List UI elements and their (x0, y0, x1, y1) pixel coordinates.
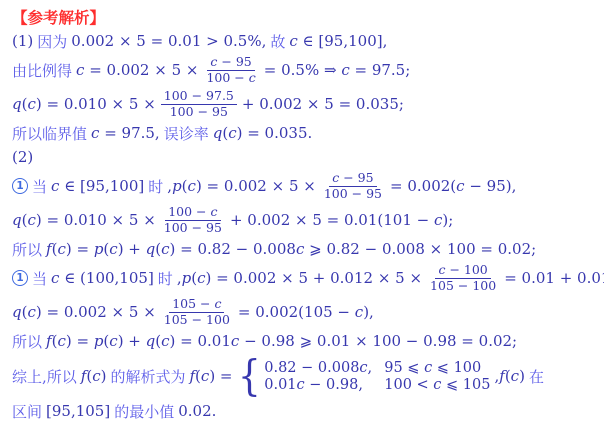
fraction-denominator: 100 − 95 (161, 221, 225, 236)
math-text: q(c) = 0.002 × 5 × (12, 303, 156, 321)
chinese-text: 所以 (12, 239, 42, 260)
math-text: = 0.002(105 − c), (238, 303, 374, 321)
solution-line-4: 所以临界值 c = 97.5, 误诊率 q(c) = 0.035. (12, 121, 594, 145)
fraction-denominator: 100 − c (203, 71, 258, 86)
math-text: ,f(c) (494, 367, 524, 385)
math-text: ,p(c) = 0.002 × 5 + 0.012 × 5 × (177, 269, 422, 287)
case-expression: 0.01c − 0.98, (264, 377, 384, 393)
math-text: f(c) = p(c) + q(c) = 0.01c − 0.98 ⩾ 0.01… (46, 332, 517, 350)
math-text: q(c) = 0.010 × 5 × (12, 95, 156, 113)
math-text: ,p(c) = 0.002 × 5 × (167, 177, 316, 195)
chinese-text: 当 (32, 268, 47, 289)
chinese-text: 所以临界值 (12, 123, 87, 144)
fraction: c − 95 100 − 95 (321, 171, 385, 202)
case-condition: 100 < c ⩽ 105 (384, 377, 490, 393)
fraction-numerator: c − 100 (435, 263, 490, 279)
fraction-numerator: c − 95 (207, 55, 254, 71)
fraction-denominator: 100 − 95 (167, 105, 231, 120)
solution-document: 【参考解析】 (1) 因为 0.002 × 5 = 0.01 > 0.5%, 故… (0, 0, 604, 423)
math-text: = 0.002(c − 95), (390, 177, 516, 195)
chinese-text: 在 (529, 366, 544, 387)
chinese-text: 当 (32, 176, 47, 197)
math-text: + 0.002 × 5 = 0.01(101 − c); (230, 211, 453, 229)
chinese-text: 时 (158, 268, 173, 289)
fraction-denominator: 100 − 95 (321, 187, 385, 202)
circled-one-icon: 1 (12, 270, 28, 286)
math-text: + 0.002 × 5 = 0.035; (242, 95, 404, 113)
solution-line-10: q(c) = 0.002 × 5 × 105 − c 105 − 100 = 0… (12, 295, 594, 329)
fraction-denominator: 105 − 100 (161, 313, 233, 328)
solution-line-5: (2) (12, 145, 594, 169)
math-text: c ∈ [95,100], (289, 32, 387, 50)
chinese-text: 的解析式为 (110, 366, 185, 387)
chinese-text: 时 (148, 176, 163, 197)
fraction-numerator: 105 − c (169, 297, 224, 313)
fraction-numerator: 100 − 97.5 (161, 89, 237, 105)
chinese-text: 故 (270, 31, 285, 52)
math-text: (1) (12, 32, 33, 50)
math-text: c = 0.002 × 5 × (76, 61, 198, 79)
chinese-text: 综上,所以 (12, 366, 77, 387)
solution-line-13: 区间 [95,105] 的最小值 0.02. (12, 399, 594, 423)
solution-line-12: 综上,所以 f(c) 的解析式为 f(c) = { 0.82 − 0.008c,… (12, 353, 594, 399)
chinese-text: 所以 (12, 331, 42, 352)
math-text: f(c) = (189, 367, 232, 385)
case-row: 0.01c − 0.98, 100 < c ⩽ 105 (264, 377, 490, 393)
math-text: c = 97.5, (91, 124, 160, 142)
fraction: 105 − c 105 − 100 (161, 297, 233, 328)
fraction-numerator: 100 − c (165, 205, 220, 221)
fraction: c − 95 100 − c (203, 55, 258, 86)
solution-line-11: 所以 f(c) = p(c) + q(c) = 0.01c − 0.98 ⩾ 0… (12, 329, 594, 353)
math-text: f(c) (81, 367, 107, 385)
case-condition: 95 ⩽ c ⩽ 100 (384, 360, 481, 376)
solution-line-2: 由比例得 c = 0.002 × 5 × c − 95 100 − c = 0.… (12, 53, 594, 87)
chinese-text: 的最小值 (114, 401, 174, 422)
reference-analysis-header: 【参考解析】 (12, 5, 594, 29)
circled-one-icon: 1 (12, 178, 28, 194)
chinese-text: 区间 (12, 401, 42, 422)
case-row: 0.82 − 0.008c, 95 ⩽ c ⩽ 100 (264, 360, 490, 376)
math-text: = 0.01 + 0.012(c − 100), (504, 269, 604, 287)
math-text: = 0.5% ⇒ c = 97.5; (264, 61, 411, 79)
math-text: c ∈ [95,100] (51, 177, 144, 195)
chinese-text: 误诊率 (164, 123, 209, 144)
math-text: f(c) = p(c) + q(c) = 0.82 − 0.008c ⩾ 0.8… (46, 240, 536, 258)
solution-line-6: 1 当 c ∈ [95,100] 时 ,p(c) = 0.002 × 5 × c… (12, 169, 594, 203)
solution-line-3: q(c) = 0.010 × 5 × 100 − 97.5 100 − 95 +… (12, 87, 594, 121)
solution-line-7: q(c) = 0.010 × 5 × 100 − c 100 − 95 + 0.… (12, 203, 594, 237)
math-text: q(c) = 0.035. (213, 124, 313, 142)
fraction: 100 − 97.5 100 − 95 (161, 89, 237, 120)
math-text: 0.02. (178, 402, 216, 420)
case-expression: 0.82 − 0.008c, (264, 360, 384, 376)
solution-line-1: (1) 因为 0.002 × 5 = 0.01 > 0.5%, 故 c ∈ [9… (12, 29, 594, 53)
fraction: 100 − c 100 − 95 (161, 205, 225, 236)
solution-line-9: 1 当 c ∈ (100,105] 时 ,p(c) = 0.002 × 5 + … (12, 261, 594, 295)
math-text: c ∈ (100,105] (51, 269, 154, 287)
math-text: (2) (12, 148, 33, 166)
fraction-numerator: c − 95 (329, 171, 376, 187)
math-text: 0.002 × 5 = 0.01 > 0.5%, (71, 32, 266, 50)
fraction: c − 100 105 − 100 (427, 263, 499, 294)
chinese-text: 由比例得 (12, 60, 72, 81)
math-text: q(c) = 0.010 × 5 × (12, 211, 156, 229)
math-text: [95,105] (46, 402, 110, 420)
piecewise-cases: 0.82 − 0.008c, 95 ⩽ c ⩽ 100 0.01c − 0.98… (264, 360, 490, 393)
cases-brace: { (238, 357, 261, 395)
chinese-text: 因为 (37, 31, 67, 52)
solution-line-8: 所以 f(c) = p(c) + q(c) = 0.82 − 0.008c ⩾ … (12, 237, 594, 261)
fraction-denominator: 105 − 100 (427, 279, 499, 294)
